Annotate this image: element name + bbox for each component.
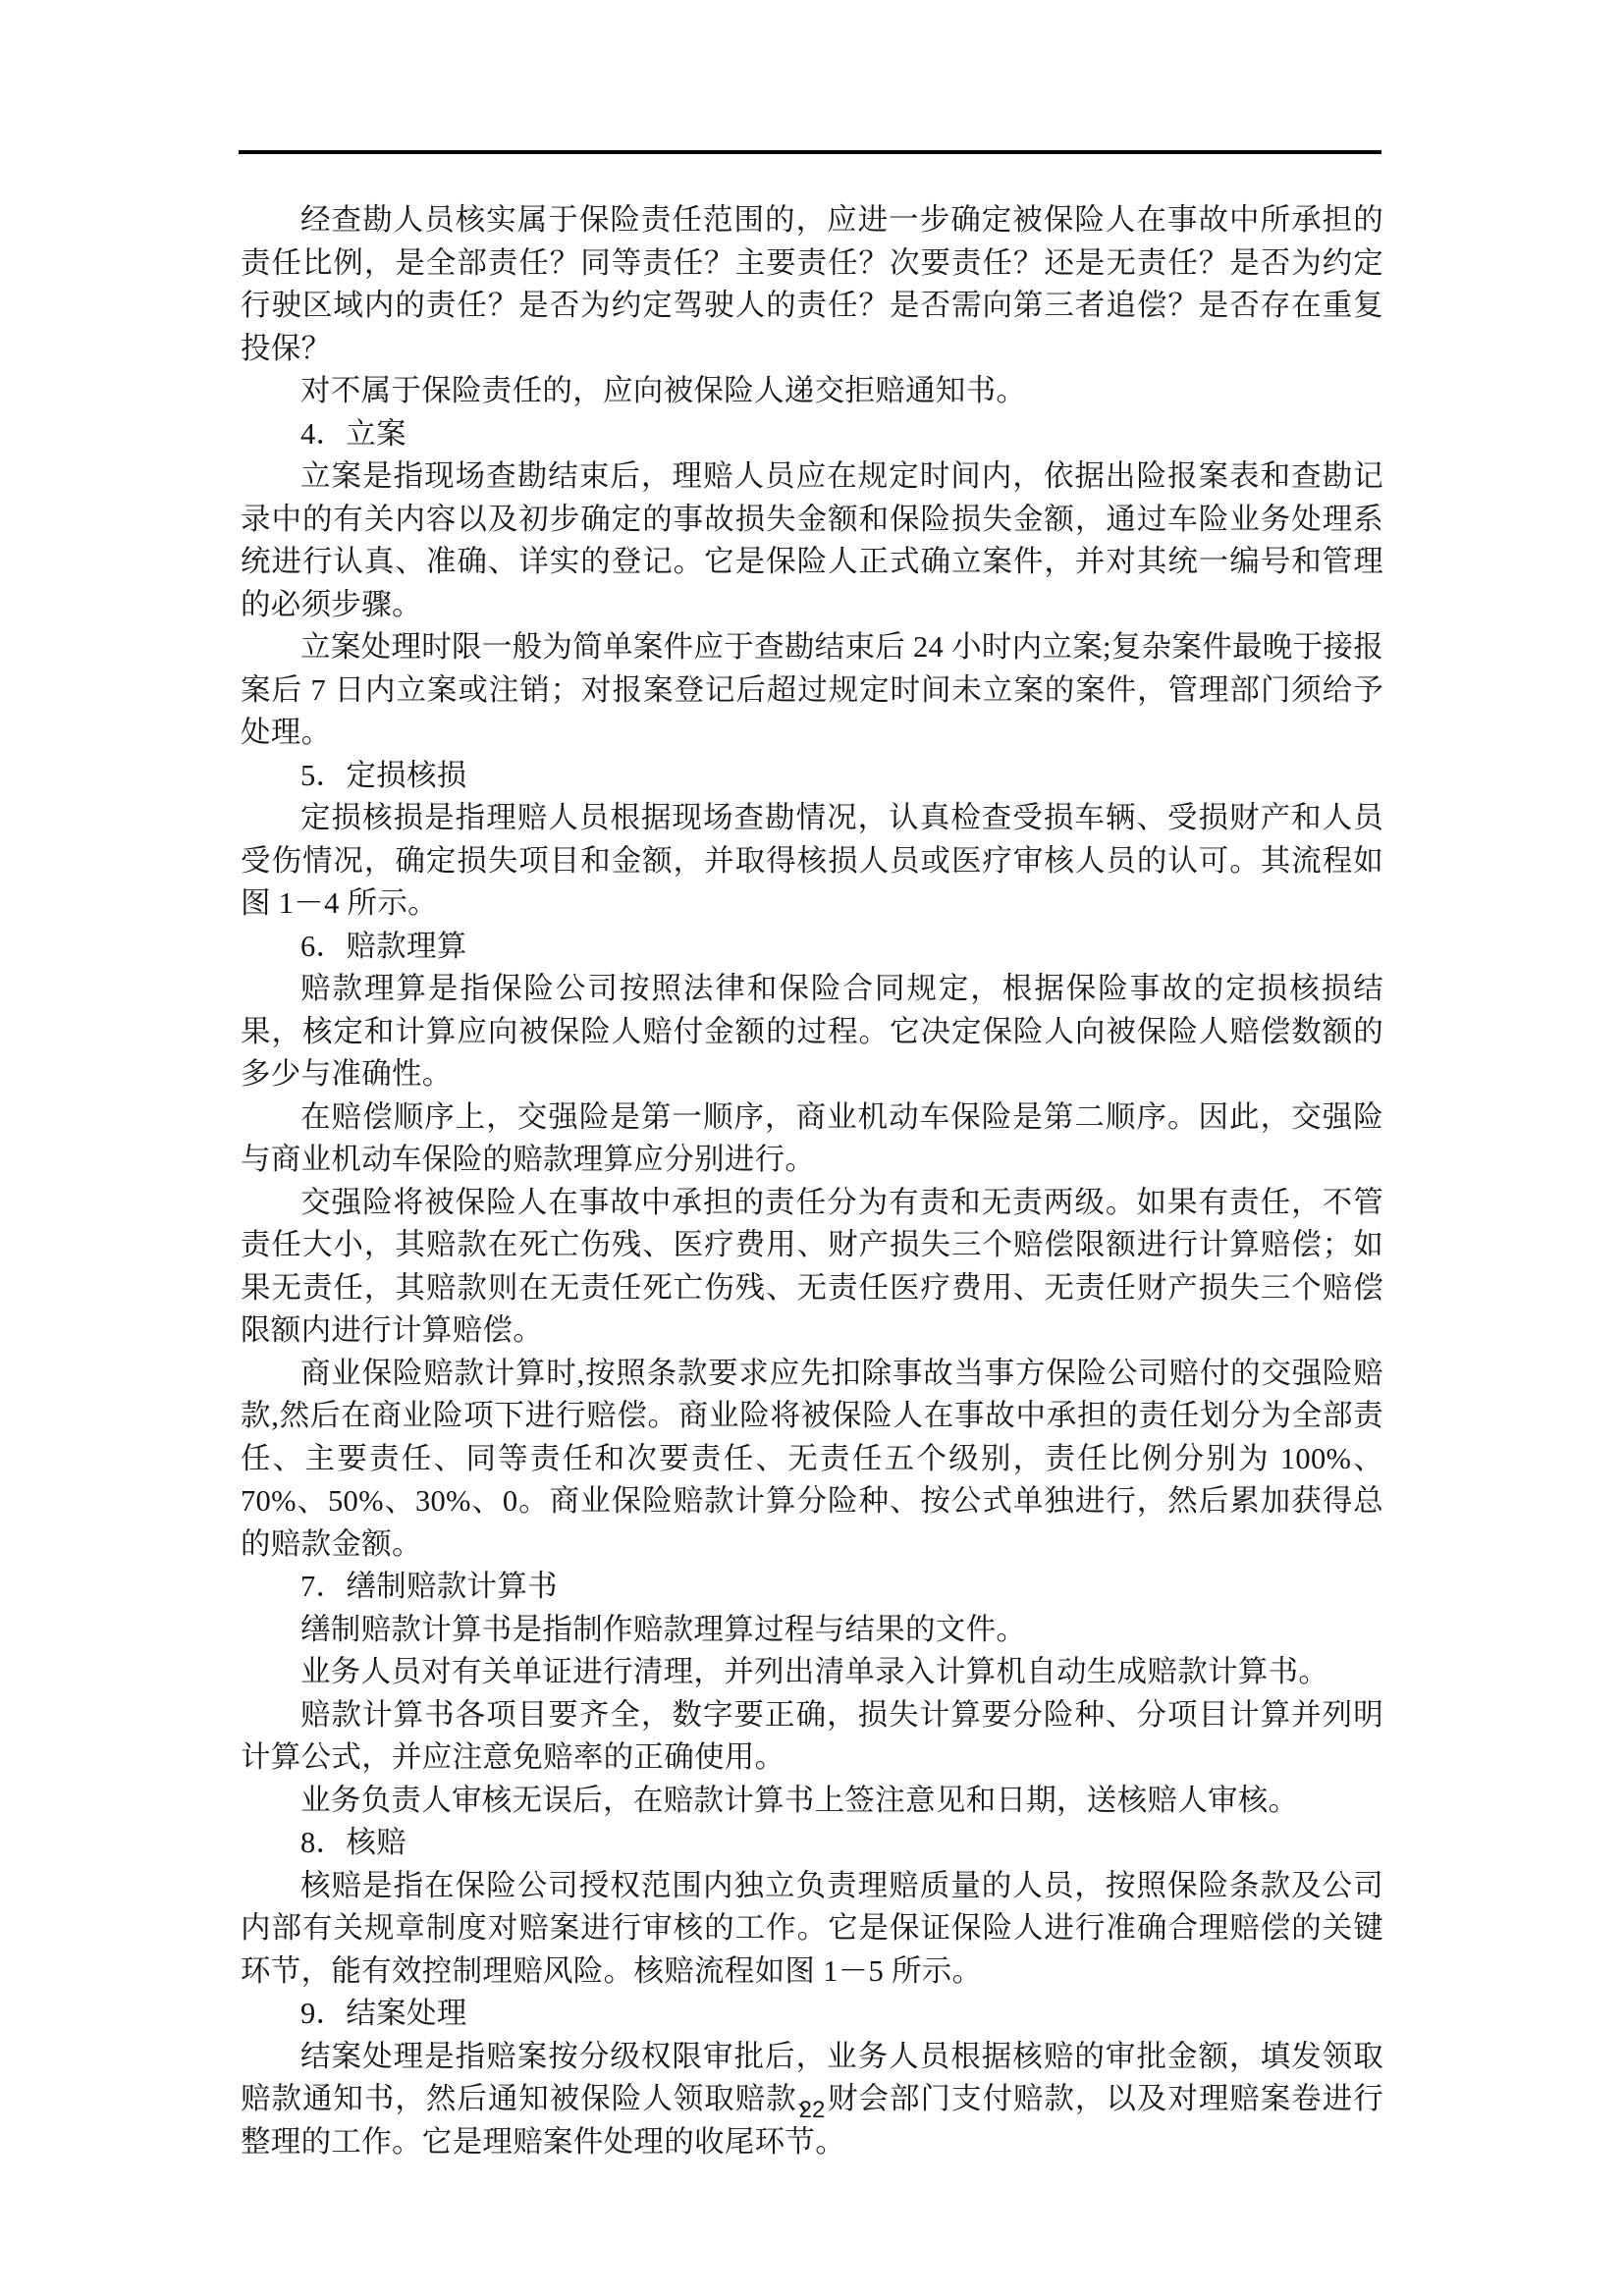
paragraph: 业务人员对有关单证进行清理，并列出清单录入计算机自动生成赔款计算书。 bbox=[241, 1651, 1383, 1694]
page-number: 22 bbox=[0, 2097, 1624, 2124]
paragraph: 赔款计算书各项目要齐全，数字要正确，损失计算要分险种、分项目计算并列明计算公式，… bbox=[241, 1694, 1383, 1780]
paragraph: 立案是指现场查勘结束后，理赔人员应在规定时间内，依据出险报案表和查勘记录中的有关… bbox=[241, 455, 1383, 626]
paragraph: 缮制赔款计算书是指制作赔款理算过程与结果的文件。 bbox=[241, 1609, 1383, 1652]
paragraph: 核赔是指在保险公司授权范围内独立负责理赔质量的人员，按照保险条款及公司内部有关规… bbox=[241, 1865, 1383, 1994]
document-page: 经查勘人员核实属于保险责任范围的，应进一步确定被保险人在事故中所承担的责任比例，… bbox=[0, 0, 1624, 2296]
section-heading: 6．赔款理算 bbox=[241, 926, 1383, 969]
section-heading: 7．缮制赔款计算书 bbox=[241, 1566, 1383, 1609]
section-heading: 5．定损核损 bbox=[241, 755, 1383, 798]
paragraph: 立案处理时限一般为简单案件应于查勘结束后 24 小时内立案;复杂案件最晚于接报案… bbox=[241, 626, 1383, 755]
paragraph: 经查勘人员核实属于保险责任范围的，应进一步确定被保险人在事故中所承担的责任比例，… bbox=[241, 199, 1383, 370]
header-rule bbox=[239, 150, 1381, 154]
document-body: 经查勘人员核实属于保险责任范围的，应进一步确定被保险人在事故中所承担的责任比例，… bbox=[241, 199, 1383, 2163]
paragraph: 在赔偿顺序上，交强险是第一顺序，商业机动车保险是第二顺序。因此，交强险与商业机动… bbox=[241, 1096, 1383, 1182]
section-heading: 9．结案处理 bbox=[241, 1993, 1383, 2036]
section-heading: 8．核赔 bbox=[241, 1822, 1383, 1865]
paragraph: 定损核损是指理赔人员根据现场查勘情况，认真检查受损车辆、受损财产和人员受伤情况，… bbox=[241, 797, 1383, 926]
paragraph: 业务负责人审核无误后，在赔款计算书上签注意见和日期，送核赔人审核。 bbox=[241, 1780, 1383, 1823]
paragraph: 商业保险赔款计算时,按照条款要求应先扣除事故当事方保险公司赔付的交强险赔款,然后… bbox=[241, 1353, 1383, 1567]
paragraph: 对不属于保险责任的，应向被保险人递交拒赔通知书。 bbox=[241, 370, 1383, 413]
paragraph: 交强险将被保险人在事故中承担的责任分为有责和无责两级。如果有责任，不管责任大小，… bbox=[241, 1182, 1383, 1353]
section-heading: 4．立案 bbox=[241, 413, 1383, 456]
paragraph: 赔款理算是指保险公司按照法律和保险合同规定，根据保险事故的定损核损结果，核定和计… bbox=[241, 968, 1383, 1096]
